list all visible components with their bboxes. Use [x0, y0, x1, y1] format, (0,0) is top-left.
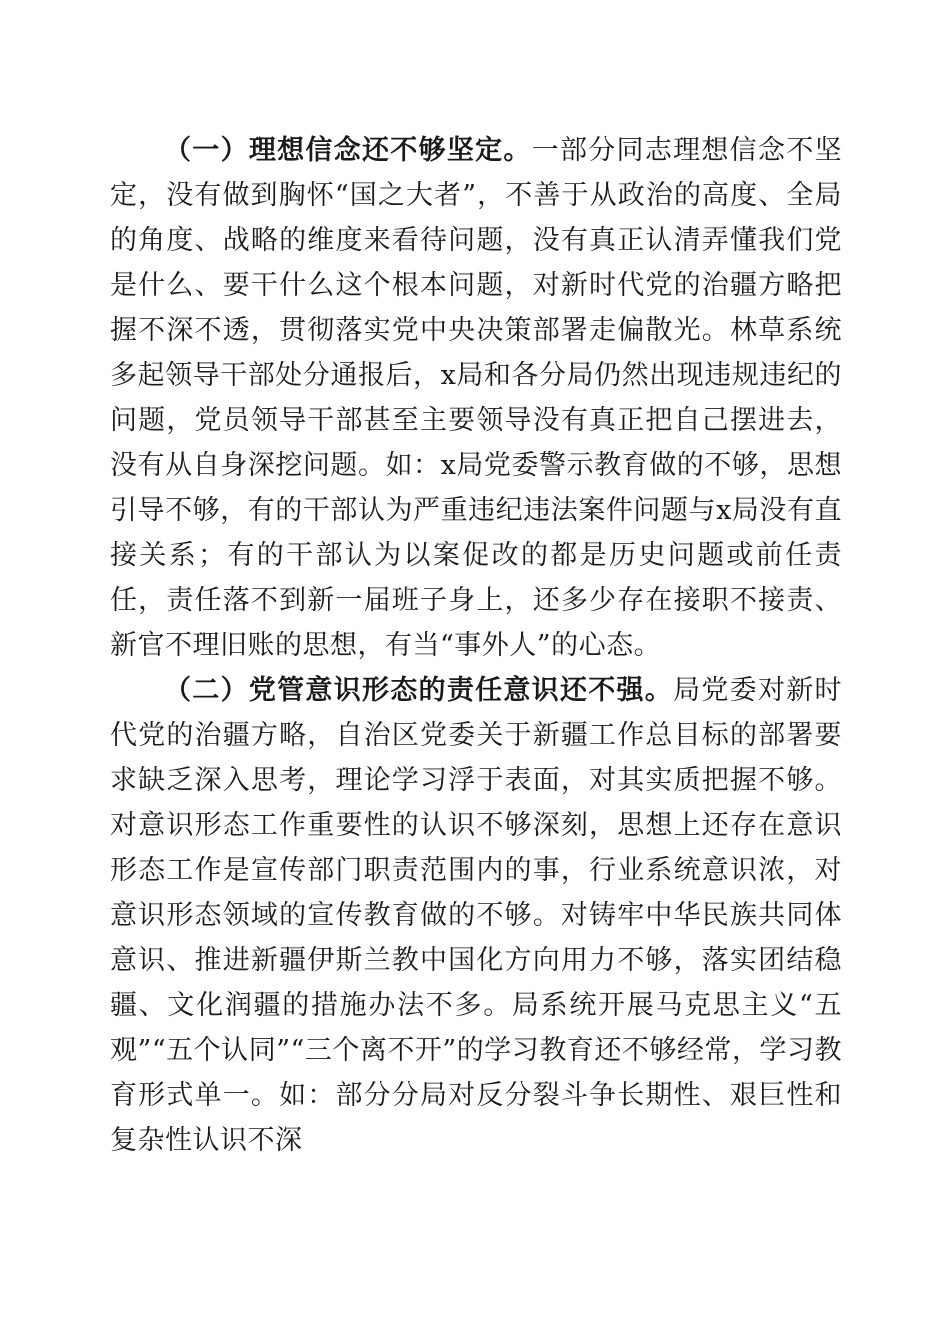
document-page: （一）理想信念还不够坚定。一部分同志理想信念不坚定，没有做到胸怀“国之大者”，不…	[0, 0, 950, 1344]
paragraph-2-heading: （二）党管意识形态的责任意识还不强。	[164, 675, 673, 706]
paragraph-1-body: 一部分同志理想信念不坚定，没有做到胸怀“国之大者”，不善于从政治的高度、全局的角…	[110, 135, 842, 661]
paragraph-2: （二）党管意识形态的责任意识还不强。局党委对新时代党的治疆方略，自治区党委关于新…	[110, 668, 842, 1163]
paragraph-1: （一）理想信念还不够坚定。一部分同志理想信念不坚定，没有做到胸怀“国之大者”，不…	[110, 128, 842, 668]
paragraph-2-body: 局党委对新时代党的治疆方略，自治区党委关于新疆工作总目标的部署要求缺乏深入思考，…	[110, 675, 842, 1156]
document-text-block: （一）理想信念还不够坚定。一部分同志理想信念不坚定，没有做到胸怀“国之大者”，不…	[110, 128, 842, 1163]
paragraph-1-heading: （一）理想信念还不够坚定。	[164, 135, 532, 166]
